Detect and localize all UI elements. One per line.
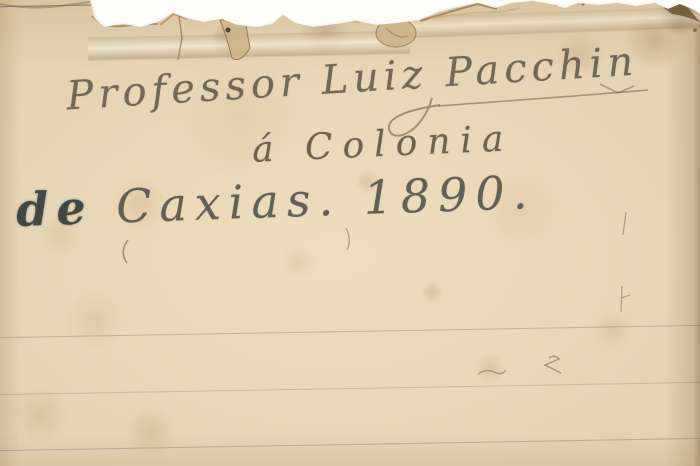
paper-sheet: Professor Luiz Pacchin á Colonia de Caxi…	[0, 0, 700, 466]
scanned-document-page: Professor Luiz Pacchin á Colonia de Caxi…	[0, 0, 700, 466]
handwritten-word-de: de	[15, 180, 94, 237]
paper-shadow-wrap: Professor Luiz Pacchin á Colonia de Caxi…	[0, 0, 700, 466]
